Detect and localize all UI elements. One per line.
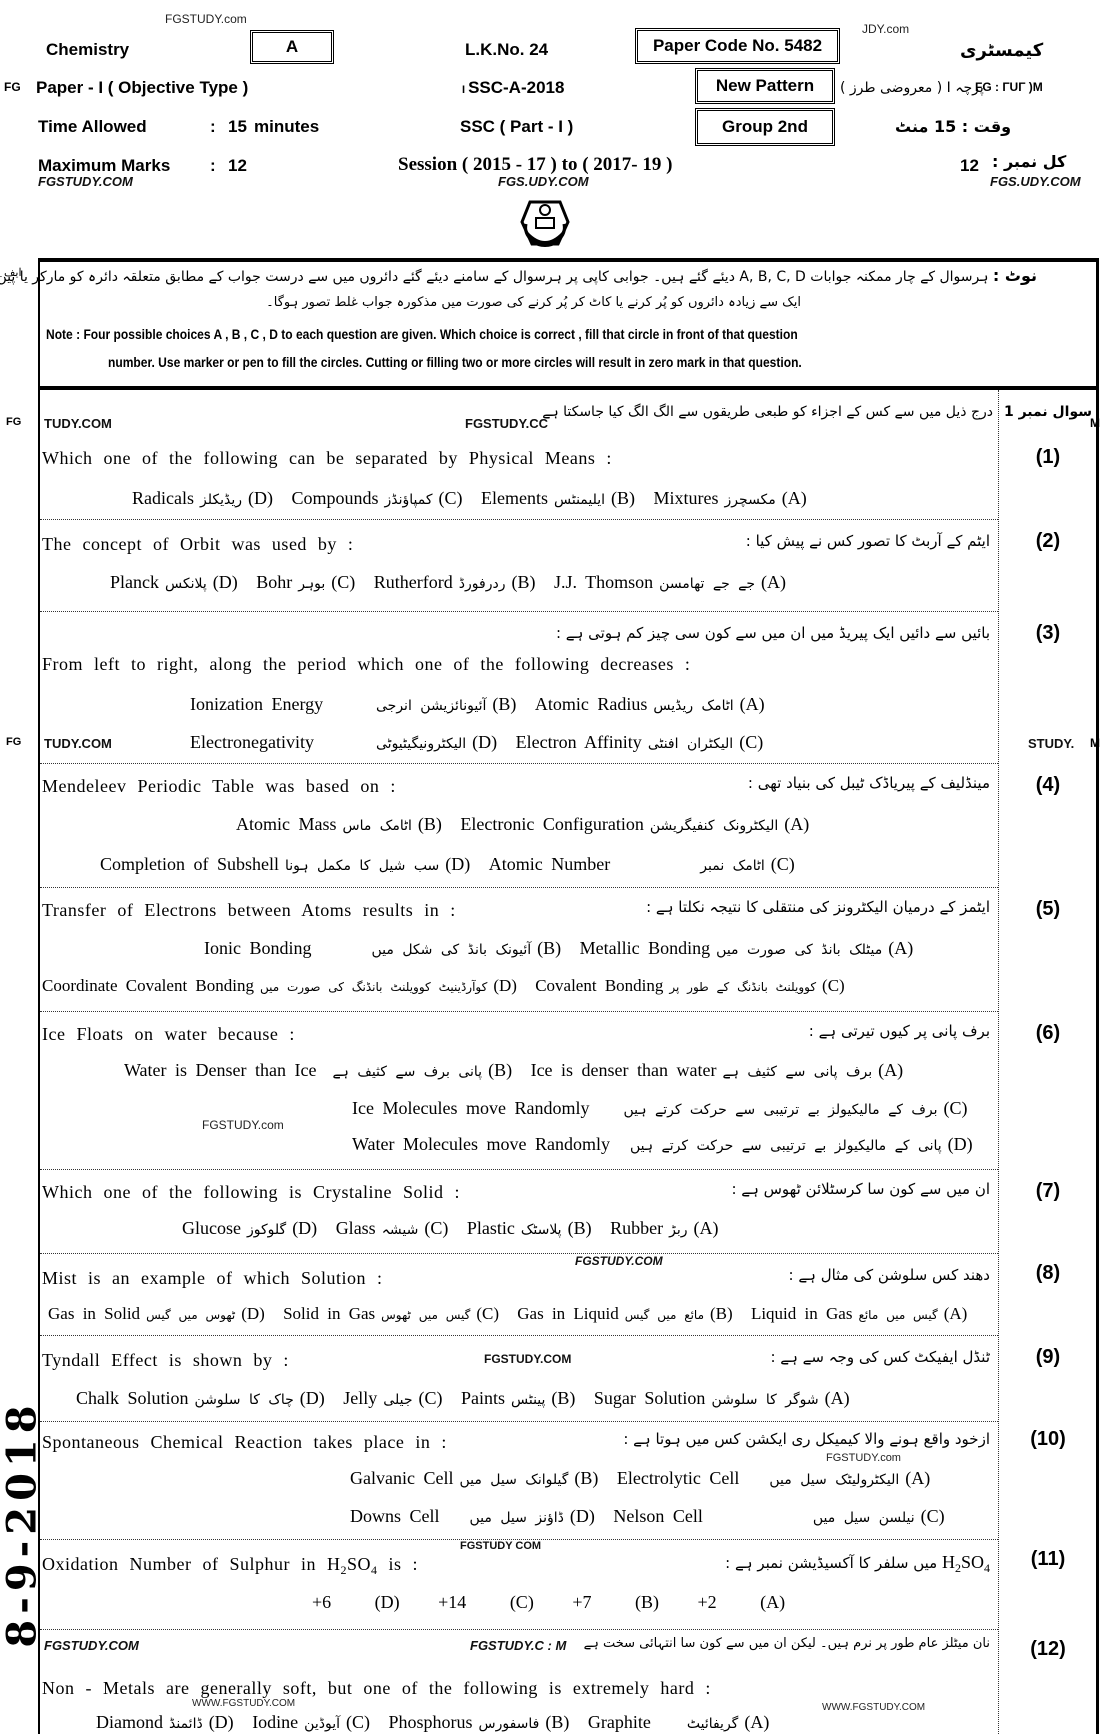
option-urdu: جیلی	[383, 1392, 412, 1408]
option-text: Nelson Cell	[613, 1506, 703, 1526]
question-row: FGSTUDY.COM FGSTUDY.C : M نان میٹلز عام …	[40, 1630, 998, 1734]
question-urdu: نان میٹلز عام طور پر نرم ہیں۔ لیکن ان می…	[584, 1636, 990, 1651]
option-key: (B)	[511, 572, 535, 592]
option-urdu: کوویلنٹ بانڈنگ کے طور پر	[669, 980, 816, 994]
option[interactable]: Completion of Subshellسب شیل کا مکمل ہون…	[100, 854, 470, 875]
option-key: (B)	[710, 1304, 733, 1323]
option[interactable]: Mixturesمکسچرز(A)	[654, 488, 807, 509]
option-urdu: مائع میں گیس	[625, 1308, 704, 1322]
options-row: Diamondڈائمنڈ(D) Iodineآیوڈین(C) Phospho…	[96, 1712, 779, 1733]
option[interactable]: Rubberربڑ(A)	[610, 1218, 718, 1239]
option[interactable]: +7 (B)	[572, 1592, 659, 1613]
note-urdu-line2: ایک سے زیادہ دائروں کو پُر کرنے یا کاٹ ک…	[266, 295, 801, 310]
option-urdu: سب شیل کا مکمل ہونا	[285, 858, 439, 874]
option[interactable]: Metallic Bondingمیٹلک بانڈ کی صورت میں(A…	[580, 938, 914, 959]
time-separator: :	[210, 117, 216, 137]
question-text: Mist is an example of which Solution :	[42, 1268, 382, 1289]
margin-fragment: FG	[6, 416, 21, 428]
question-text: The concept of Orbit was used by :	[42, 534, 353, 555]
options-row: Ionization Energyآئیونائزیشن انرجی(B) At…	[190, 694, 775, 715]
option-urdu: ٹھوس میں گیس	[146, 1308, 235, 1322]
option-key: (C)	[921, 1506, 945, 1526]
option-text: Rubber	[610, 1218, 663, 1238]
question-urdu: برف پانی پر کیوں تیرتی ہے :	[809, 1022, 990, 1040]
watermark: WWW.FGSTUDY.COM	[822, 1702, 925, 1713]
option[interactable]: Electron Affinityالیکٹران افنٹی(C)	[516, 732, 764, 753]
option-text: Compounds	[291, 488, 378, 508]
question-text: Transfer of Electrons between Atoms resu…	[42, 900, 456, 921]
option-key: (D)	[292, 1218, 317, 1238]
option[interactable]: Graphiteگریفائیٹ(A)	[588, 1712, 770, 1733]
option-urdu: بوہر	[298, 576, 325, 592]
marks-urdu-value: 12	[960, 156, 979, 176]
option-key: (D)	[493, 976, 517, 995]
option-key: (C)	[418, 1388, 442, 1408]
question-urdu: H2SO4 میں سلفر کا آکسیڈیشن نمبر ہے :	[725, 1552, 990, 1576]
marks-urdu: کل نمبر :	[992, 152, 1066, 171]
option-urdu: الیکٹرولیٹک سیل میں	[769, 1472, 899, 1488]
question-number: (8)	[1000, 1262, 1096, 1285]
question-text: Which one of the following can be separa…	[42, 448, 612, 469]
option-key: (B)	[611, 488, 635, 508]
options-row: Gas in Solidٹھوس میں گیس(D) Solid in Gas…	[48, 1304, 977, 1324]
option-key: (C)	[346, 1712, 370, 1732]
note-urdu-text: ہرسوال کے چار ممکنہ جوابات A, B, C, D دی…	[0, 269, 988, 285]
option-urdu: ربڑ	[669, 1222, 687, 1238]
watermark: FGSTUDY.C : M	[470, 1638, 566, 1653]
option-text: Glucose	[182, 1218, 241, 1238]
question-row: Ice Floats on water because : برف پانی پ…	[40, 1012, 998, 1170]
option-key: (C)	[424, 1218, 448, 1238]
question-number: (7)	[1000, 1180, 1096, 1203]
divider	[38, 258, 1099, 262]
option-key: (C)	[476, 1304, 499, 1323]
option-key: (D)	[445, 854, 470, 874]
question-text: Ice Floats on water because :	[42, 1024, 295, 1045]
marks-label: Maximum Marks	[38, 156, 170, 176]
question-row: The concept of Orbit was used by : ایٹم …	[40, 520, 998, 612]
option[interactable]: Nelson Cellنیلسن سیل میں(C)	[613, 1506, 944, 1527]
option-key: (B)	[635, 1592, 659, 1612]
option[interactable]: Sugar Solutionشوگر کا سلوشن(A)	[594, 1388, 850, 1409]
group-box: Group 2nd	[695, 108, 835, 146]
option[interactable]: Paintsپینٹس(B)	[461, 1388, 575, 1409]
option-text: +2	[697, 1592, 716, 1612]
option-key: (D)	[570, 1506, 595, 1526]
option-text: Electron Affinity	[516, 732, 642, 752]
options-row: +6 (D) +14 (C) +7 (B) +2 (A)	[312, 1592, 795, 1613]
option-key: (C)	[739, 732, 763, 752]
question-text: Which one of the following is Crystaline…	[42, 1182, 460, 1203]
option-urdu: پلانکس	[165, 576, 207, 592]
option-key: (D)	[248, 488, 273, 508]
question-urdu: ایٹمز کے درمیان الیکٹرونز کی منتقلی کا ن…	[646, 898, 990, 916]
option-text: Atomic Radius	[535, 694, 648, 714]
session: Session ( 2015 - 17 ) to ( 2017- 19 )	[398, 154, 672, 176]
option[interactable]: Gas in Solidٹھوس میں گیس(D)	[48, 1304, 265, 1324]
option-urdu: برف کے مالیکیولز بے ترتیبی سے حرکت کرتے …	[623, 1102, 937, 1118]
option[interactable]: Iodineآیوڈین(C)	[252, 1712, 370, 1733]
option-urdu: فاسفورس	[479, 1716, 540, 1732]
group-label: Group 2nd	[722, 117, 808, 137]
options-row: Radicalsریڈیکلز(D) Compoundsکمپاؤنڈز(C) …	[132, 488, 817, 509]
question-number: (3)	[1000, 622, 1096, 645]
option-text: Rutherford	[374, 572, 453, 592]
option-key: (C)	[771, 854, 795, 874]
option-key: (A)	[878, 1060, 903, 1080]
option-text: Metallic Bonding	[580, 938, 710, 958]
option[interactable]: Electrolytic Cellالیکٹرولیٹک سیل میں(A)	[617, 1468, 930, 1489]
options-row: Downs Cellڈاؤنز سیل میں(D) Nelson Cellنی…	[350, 1506, 955, 1527]
question-number: (4)	[1000, 774, 1096, 797]
time-label: Time Allowed	[38, 117, 147, 137]
watermark: FGSTUDY COM	[460, 1540, 541, 1552]
option-key: (B)	[488, 1060, 512, 1080]
option-text: Chalk Solution	[76, 1388, 189, 1408]
option-text: +14	[438, 1592, 466, 1612]
question-urdu: ازخود واقع ہونے والا کیمیکل ری ایکشن کس …	[623, 1430, 990, 1448]
watermark: FGSTUDY.COM	[38, 174, 133, 189]
option-key: (B)	[568, 1218, 592, 1238]
option[interactable]: Elementsایلیمنٹس(B)	[481, 488, 635, 509]
question-number: (6)	[1000, 1022, 1096, 1045]
option-key: (D)	[300, 1388, 325, 1408]
paper-code: Paper Code No. 5482	[653, 36, 822, 56]
option-text: Galvanic Cell	[350, 1468, 453, 1488]
watermark: JDY.com	[862, 22, 909, 36]
question-row: FGSTUDY.COM Mist is an example of which …	[40, 1254, 998, 1336]
option[interactable]: Gas in Liquidمائع میں گیس(B)	[517, 1304, 732, 1324]
option-urdu: مکسچرز	[725, 492, 776, 508]
option-text: Radicals	[132, 488, 194, 508]
board-emblem-icon	[520, 194, 570, 250]
option[interactable]: Rutherfordردرفورڈ(B)	[374, 572, 536, 593]
option[interactable]: Bohrبوہر(C)	[256, 572, 355, 593]
options-row: Chalk Solutionچاک کا سلوشن(D) Jellyجیلی(…	[76, 1388, 860, 1409]
option-text: Ionic Bonding	[204, 938, 312, 958]
option-text: Covalent Bonding	[535, 976, 663, 995]
option-text: Phosphorus	[388, 1712, 472, 1732]
option-text: Atomic Number	[489, 854, 610, 874]
option[interactable]: Ionic Bondingآئیونک بانڈ کی شکل میں(B)	[204, 938, 561, 959]
question-number: (11)	[1000, 1548, 1096, 1571]
formula-h2so4: H2SO4	[327, 1554, 378, 1574]
options-row: Planckپلانکس(D) Bohrبوہر(C) Rutherfordرد…	[110, 572, 796, 593]
note-english-line2: number. Use marker or pen to fill the ci…	[108, 354, 802, 370]
option-urdu: ایلیمنٹس	[554, 492, 605, 508]
time-urdu: وقت : 15 منٹ	[895, 117, 1011, 136]
option-text: +7	[572, 1592, 591, 1612]
question-text: Spontaneous Chemical Reaction takes plac…	[42, 1432, 447, 1453]
options-row: Water is Denser than Iceپانی برف سے کثیف…	[124, 1060, 913, 1081]
option-urdu: آئیونائزیشن انرجی	[376, 698, 486, 714]
option-urdu: گیس میں ٹھوس	[381, 1308, 470, 1322]
option-urdu: شوگر کا سلوشن	[711, 1392, 818, 1408]
question-number: (12)	[1000, 1638, 1096, 1661]
option-key: (B)	[551, 1388, 575, 1408]
option-urdu: آئیونک بانڈ کی شکل میں	[372, 942, 532, 958]
option-key: (A)	[744, 1712, 769, 1732]
time-value: 15	[228, 117, 247, 137]
option-text: Ionization Energy	[190, 694, 323, 714]
watermark: WWW.FGSTUDY.COM	[192, 1698, 295, 1709]
question-urdu: ایٹم کے آربٹ کا تصور کس نے پیش کیا :	[746, 532, 990, 550]
watermark: FGSTUDY.com	[826, 1452, 901, 1464]
option-text: Completion of Subshell	[100, 854, 279, 874]
question-row: بائیں سے دائیں ایک پیریڈ میں ان میں سے ک…	[40, 612, 998, 764]
question-urdu: ان میں سے کون سا کرسٹلائن ٹھوس ہے :	[731, 1180, 990, 1198]
option[interactable]: Solid in Gasگیس میں ٹھوس(C)	[283, 1304, 499, 1324]
option-key: (A)	[944, 1304, 968, 1323]
option-key: (C)	[944, 1098, 968, 1118]
option-urdu-key: الیکٹرونیگیٹیوٹی(D)	[370, 732, 497, 753]
option[interactable]: Ice Molecules move Randomlyبرف کے مالیکی…	[352, 1098, 968, 1119]
option-key: (D)	[948, 1134, 973, 1154]
option-text: Electrolytic Cell	[617, 1468, 739, 1488]
margin-fragment: M	[1090, 736, 1100, 750]
option[interactable]: Water Molecules move Randomlyپانی کے مال…	[352, 1134, 973, 1155]
option-urdu: اٹامک نمبر	[700, 858, 764, 874]
option-key: (A)	[782, 488, 807, 508]
option-key: (A)	[825, 1388, 850, 1408]
option-urdu: چاک کا سلوشن	[195, 1392, 294, 1408]
question-number: (2)	[1000, 530, 1096, 553]
option-key: (C)	[510, 1592, 534, 1612]
pattern-box: New Pattern	[695, 68, 835, 104]
option-urdu: پلاسٹک	[521, 1222, 562, 1238]
option-text: Liquid in Gas	[751, 1304, 853, 1323]
option-urdu: پانی کے مالیکیولز بے ترتیبی سے حرکت کرتے…	[630, 1138, 942, 1154]
option-key: (C)	[331, 572, 355, 592]
option-key: (A)	[693, 1218, 718, 1238]
option-urdu: ریڈیکلز	[200, 492, 242, 508]
option[interactable]: Atomic Massاٹامک ماس(B)	[236, 814, 442, 835]
option-urdu: پینٹس	[511, 1392, 545, 1408]
question-text: Non - Metals are generally soft, but one…	[42, 1678, 711, 1699]
option-key: (D)	[213, 572, 238, 592]
option[interactable]: Radicalsریڈیکلز(D)	[132, 488, 273, 509]
option-text: Gas in Liquid	[517, 1304, 619, 1323]
option[interactable]: Jellyجیلی(C)	[343, 1388, 442, 1409]
question-number: (1)	[1000, 446, 1096, 469]
option[interactable]: Plasticپلاسٹک(B)	[467, 1218, 592, 1239]
option[interactable]: Glucoseگلوکوز(D)	[182, 1218, 317, 1239]
option-key: (D)	[375, 1592, 400, 1612]
exam-code: SSC-A-2018	[468, 78, 564, 97]
part-label: SSC ( Part - I )	[460, 117, 573, 137]
option[interactable]: Atomic Radiusاٹامک ریڈیس(A)	[535, 694, 765, 715]
option-text: Bohr	[256, 572, 292, 592]
question-urdu: دھند کس سلوشن کی مثال ہے :	[789, 1266, 990, 1284]
option-text: Iodine	[252, 1712, 298, 1732]
question-text-pre: Oxidation Number of Sulphur in	[42, 1554, 316, 1574]
question-row: FGSTUDY COM Oxidation Number of Sulphur …	[40, 1540, 998, 1630]
option[interactable]: +14 (C)	[438, 1592, 534, 1613]
watermark: TUDY.COM	[44, 736, 112, 751]
option-key: (B)	[418, 814, 442, 834]
question-row: Mendeleev Periodic Table was based on : …	[40, 764, 998, 888]
option[interactable]: Chalk Solutionچاک کا سلوشن(D)	[76, 1388, 325, 1409]
question-text: From left to right, along the period whi…	[42, 654, 690, 675]
option[interactable]: +2 (A)	[697, 1592, 785, 1613]
option-text: Elements	[481, 488, 548, 508]
option[interactable]: Electronegativity	[190, 732, 360, 753]
question-text: Tyndall Effect is shown by :	[42, 1350, 289, 1371]
option-key: (C)	[439, 488, 463, 508]
option-text: Diamond	[96, 1712, 163, 1732]
watermark: FGSTUDY.COM	[484, 1352, 571, 1366]
watermark: STUDY.	[1028, 736, 1074, 751]
option[interactable]: Diamondڈائمنڈ(D)	[96, 1712, 234, 1733]
section-label-urdu: سوال نمبر 1	[1000, 404, 1096, 420]
options-row: Glucoseگلوکوز(D) Glassشیشہ(C) Plasticپلا…	[182, 1218, 728, 1239]
option-text: Plastic	[467, 1218, 515, 1238]
note-english-line1: Note : Four possible choices A , B , C ,…	[46, 326, 798, 342]
margin-fragment: FG : ΓUΓ )M	[975, 80, 1043, 94]
option-urdu: شیشہ	[382, 1222, 419, 1238]
options-row: Water Molecules move Randomlyپانی کے مال…	[352, 1134, 983, 1155]
option-text: Electronic Configuration	[460, 814, 643, 834]
question-row: Which one of the following is Crystaline…	[40, 1170, 998, 1254]
note-urdu-label: نوٹ :	[993, 266, 1037, 285]
option-urdu: ڈائمنڈ	[169, 1716, 203, 1732]
question-row: Transfer of Electrons between Atoms resu…	[40, 888, 998, 1012]
question-row: Tyndall Effect is shown by : FGSTUDY.COM…	[40, 1336, 998, 1422]
option-text: Water is Denser than Ice	[124, 1060, 316, 1080]
option-urdu: میٹلک بانڈ کی صورت میں	[716, 942, 882, 958]
marks-value: 12	[228, 156, 247, 176]
option-text: Planck	[110, 572, 159, 592]
handwritten-date: 8-9-2018	[2, 1300, 36, 1730]
option[interactable]: Glassشیشہ(C)	[336, 1218, 449, 1239]
options-row: Coordinate Covalent Bondingکوآرڈینیٹ کوو…	[42, 976, 855, 996]
option-urdu: گیلوانک سیل میں	[459, 1472, 568, 1488]
option-urdu: اٹامک ماس	[343, 818, 412, 834]
option[interactable]: Liquid in Gasگیس میں مائع(A)	[751, 1304, 967, 1324]
option[interactable]: Phosphorusفاسفورس(B)	[388, 1712, 569, 1733]
paper-type-urdu: پرچہ I ( معروضی طرز )	[840, 80, 984, 96]
column-separator	[998, 390, 999, 1734]
option-key: (B)	[492, 694, 516, 714]
option[interactable]: +6 (D)	[312, 1592, 400, 1613]
question-number: (9)	[1000, 1346, 1096, 1369]
option-key: (D)	[241, 1304, 265, 1323]
option[interactable]: Downs Cellڈاؤنز سیل میں(D)	[350, 1506, 595, 1527]
question-number: (5)	[1000, 898, 1096, 921]
option[interactable]: Galvanic Cellگیلوانک سیل میں(B)	[350, 1468, 598, 1489]
option-key: (A)	[905, 1468, 930, 1488]
option-text: Paints	[461, 1388, 505, 1408]
subject-urdu: کیمسٹری	[960, 40, 1043, 61]
question-urdu: بائیں سے دائیں ایک پیریڈ میں ان میں سے ک…	[556, 624, 990, 642]
option-urdu: اٹامک ریڈیس	[653, 698, 733, 714]
option[interactable]: Ice is denser than waterبرف پانی سے کثیف…	[531, 1060, 904, 1081]
question-text: Mendeleev Periodic Table was based on :	[42, 776, 396, 797]
option-urdu: نیلسن سیل میں	[813, 1510, 915, 1526]
option-urdu: گیس میں مائع	[858, 1308, 937, 1322]
option[interactable]: Planckپلانکس(D)	[110, 572, 238, 593]
option[interactable]: Covalent Bondingکوویلنٹ بانڈنگ کے طور پر…	[535, 976, 845, 996]
option-urdu: گلوکوز	[247, 1222, 286, 1238]
option-urdu: ردرفورڈ	[459, 576, 506, 592]
note-urdu-line1: نوٹ : ہرسوال کے چار ممکنہ جوابات A, B, C…	[37, 266, 1037, 285]
option-key: (A)	[784, 814, 809, 834]
option-text: Gas in Solid	[48, 1304, 140, 1323]
option-urdu: الیکٹرونیگیٹیوٹی	[376, 736, 466, 752]
paper-variant: A	[286, 37, 298, 57]
paper-type: Paper - I ( Objective Type )	[36, 78, 248, 98]
option[interactable]: Water is Denser than Iceپانی برف سے کثیف…	[124, 1060, 512, 1081]
option[interactable]: Coordinate Covalent Bondingکوآرڈینیٹ کوو…	[42, 976, 517, 996]
option-urdu: جے جے تھامسن	[659, 576, 755, 592]
option-key: (A)	[761, 572, 786, 592]
pattern-label: New Pattern	[716, 76, 814, 96]
watermark: FGSTUDY.COM	[44, 1638, 139, 1653]
option-urdu: کمپاؤنڈز	[385, 492, 433, 508]
watermark: FGS.UDY.COM	[498, 174, 589, 189]
lk-number: L.K.No. 24	[465, 40, 548, 60]
question-urdu: مینڈلیف کے پیریاڈک ٹیبل کی بنیاد تھی :	[748, 774, 990, 792]
watermark: FGSTUDY.COM	[575, 1254, 663, 1268]
options-row: Ionic Bondingآئیونک بانڈ کی شکل میں(B) M…	[204, 938, 923, 959]
question-text: Oxidation Number of Sulphur in H2SO4 is …	[42, 1554, 418, 1578]
option[interactable]: Ionization Energy	[190, 694, 360, 715]
option-urdu: گریفائیٹ	[687, 1716, 739, 1732]
option[interactable]: Atomic Numberاٹامک نمبر(C)	[489, 854, 795, 875]
question-number: (10)	[1000, 1428, 1096, 1451]
question-urdu: ٹنڈل ایفیکٹ کس کی وجہ سے ہے :	[770, 1348, 990, 1366]
option-key: (D)	[209, 1712, 234, 1732]
option-text: Atomic Mass	[236, 814, 337, 834]
options-row: Atomic Massاٹامک ماس(B) Electronic Confi…	[236, 814, 819, 835]
option-text: Ice is denser than water	[531, 1060, 717, 1080]
margin-fragment: FG	[6, 736, 21, 748]
paper-variant-box: A	[250, 30, 334, 64]
option-text: Mixtures	[654, 488, 719, 508]
option-key: (B)	[545, 1712, 569, 1732]
option-text: +6	[312, 1592, 331, 1612]
marks-separator: :	[210, 156, 216, 176]
time-unit: minutes	[254, 117, 319, 137]
option[interactable]: J.J. Thomsonجے جے تھامسن(A)	[554, 572, 786, 593]
option-urdu: پانی برف سے کثیف ہے	[332, 1064, 482, 1080]
option[interactable]: Compoundsکمپاؤنڈز(C)	[291, 488, 462, 509]
option[interactable]: Electronic Configurationالیکٹرونک کنفیگر…	[460, 814, 809, 835]
option-urdu: کوآرڈینیٹ کوویلنٹ بانڈنگ کی صورت میں	[260, 980, 487, 994]
watermark: FGS.UDY.COM	[990, 174, 1081, 189]
option-key: (B)	[537, 938, 561, 958]
option-key: (C)	[822, 976, 845, 995]
option-urdu-key: آئیونائزیشن انرجی(B)	[370, 694, 516, 715]
option-text: Water Molecules move Randomly	[352, 1134, 610, 1154]
option-text: Downs Cell	[350, 1506, 440, 1526]
exam-prefix: I	[462, 84, 465, 96]
option-urdu: الیکٹرونک کنفیگریشن	[650, 818, 778, 834]
option-key: (A)	[740, 694, 765, 714]
option-text: Jelly	[343, 1388, 377, 1408]
question-text-post: is :	[389, 1554, 419, 1574]
subject-label: Chemistry	[46, 40, 129, 60]
option-urdu: برف پانی سے کثیف ہے	[723, 1064, 873, 1080]
option-key: (B)	[574, 1468, 598, 1488]
watermark: FGSTUDY.com	[165, 12, 247, 26]
option-key: (D)	[472, 732, 497, 752]
options-row: Electronegativityالیکٹرونیگیٹیوٹی(D) Ele…	[190, 732, 773, 753]
formula-h2so4: H2SO4	[942, 1552, 990, 1572]
option-urdu: آیوڈین	[304, 1716, 340, 1732]
option-text: J.J. Thomson	[554, 572, 653, 592]
paper-code-box: Paper Code No. 5482	[635, 28, 840, 64]
